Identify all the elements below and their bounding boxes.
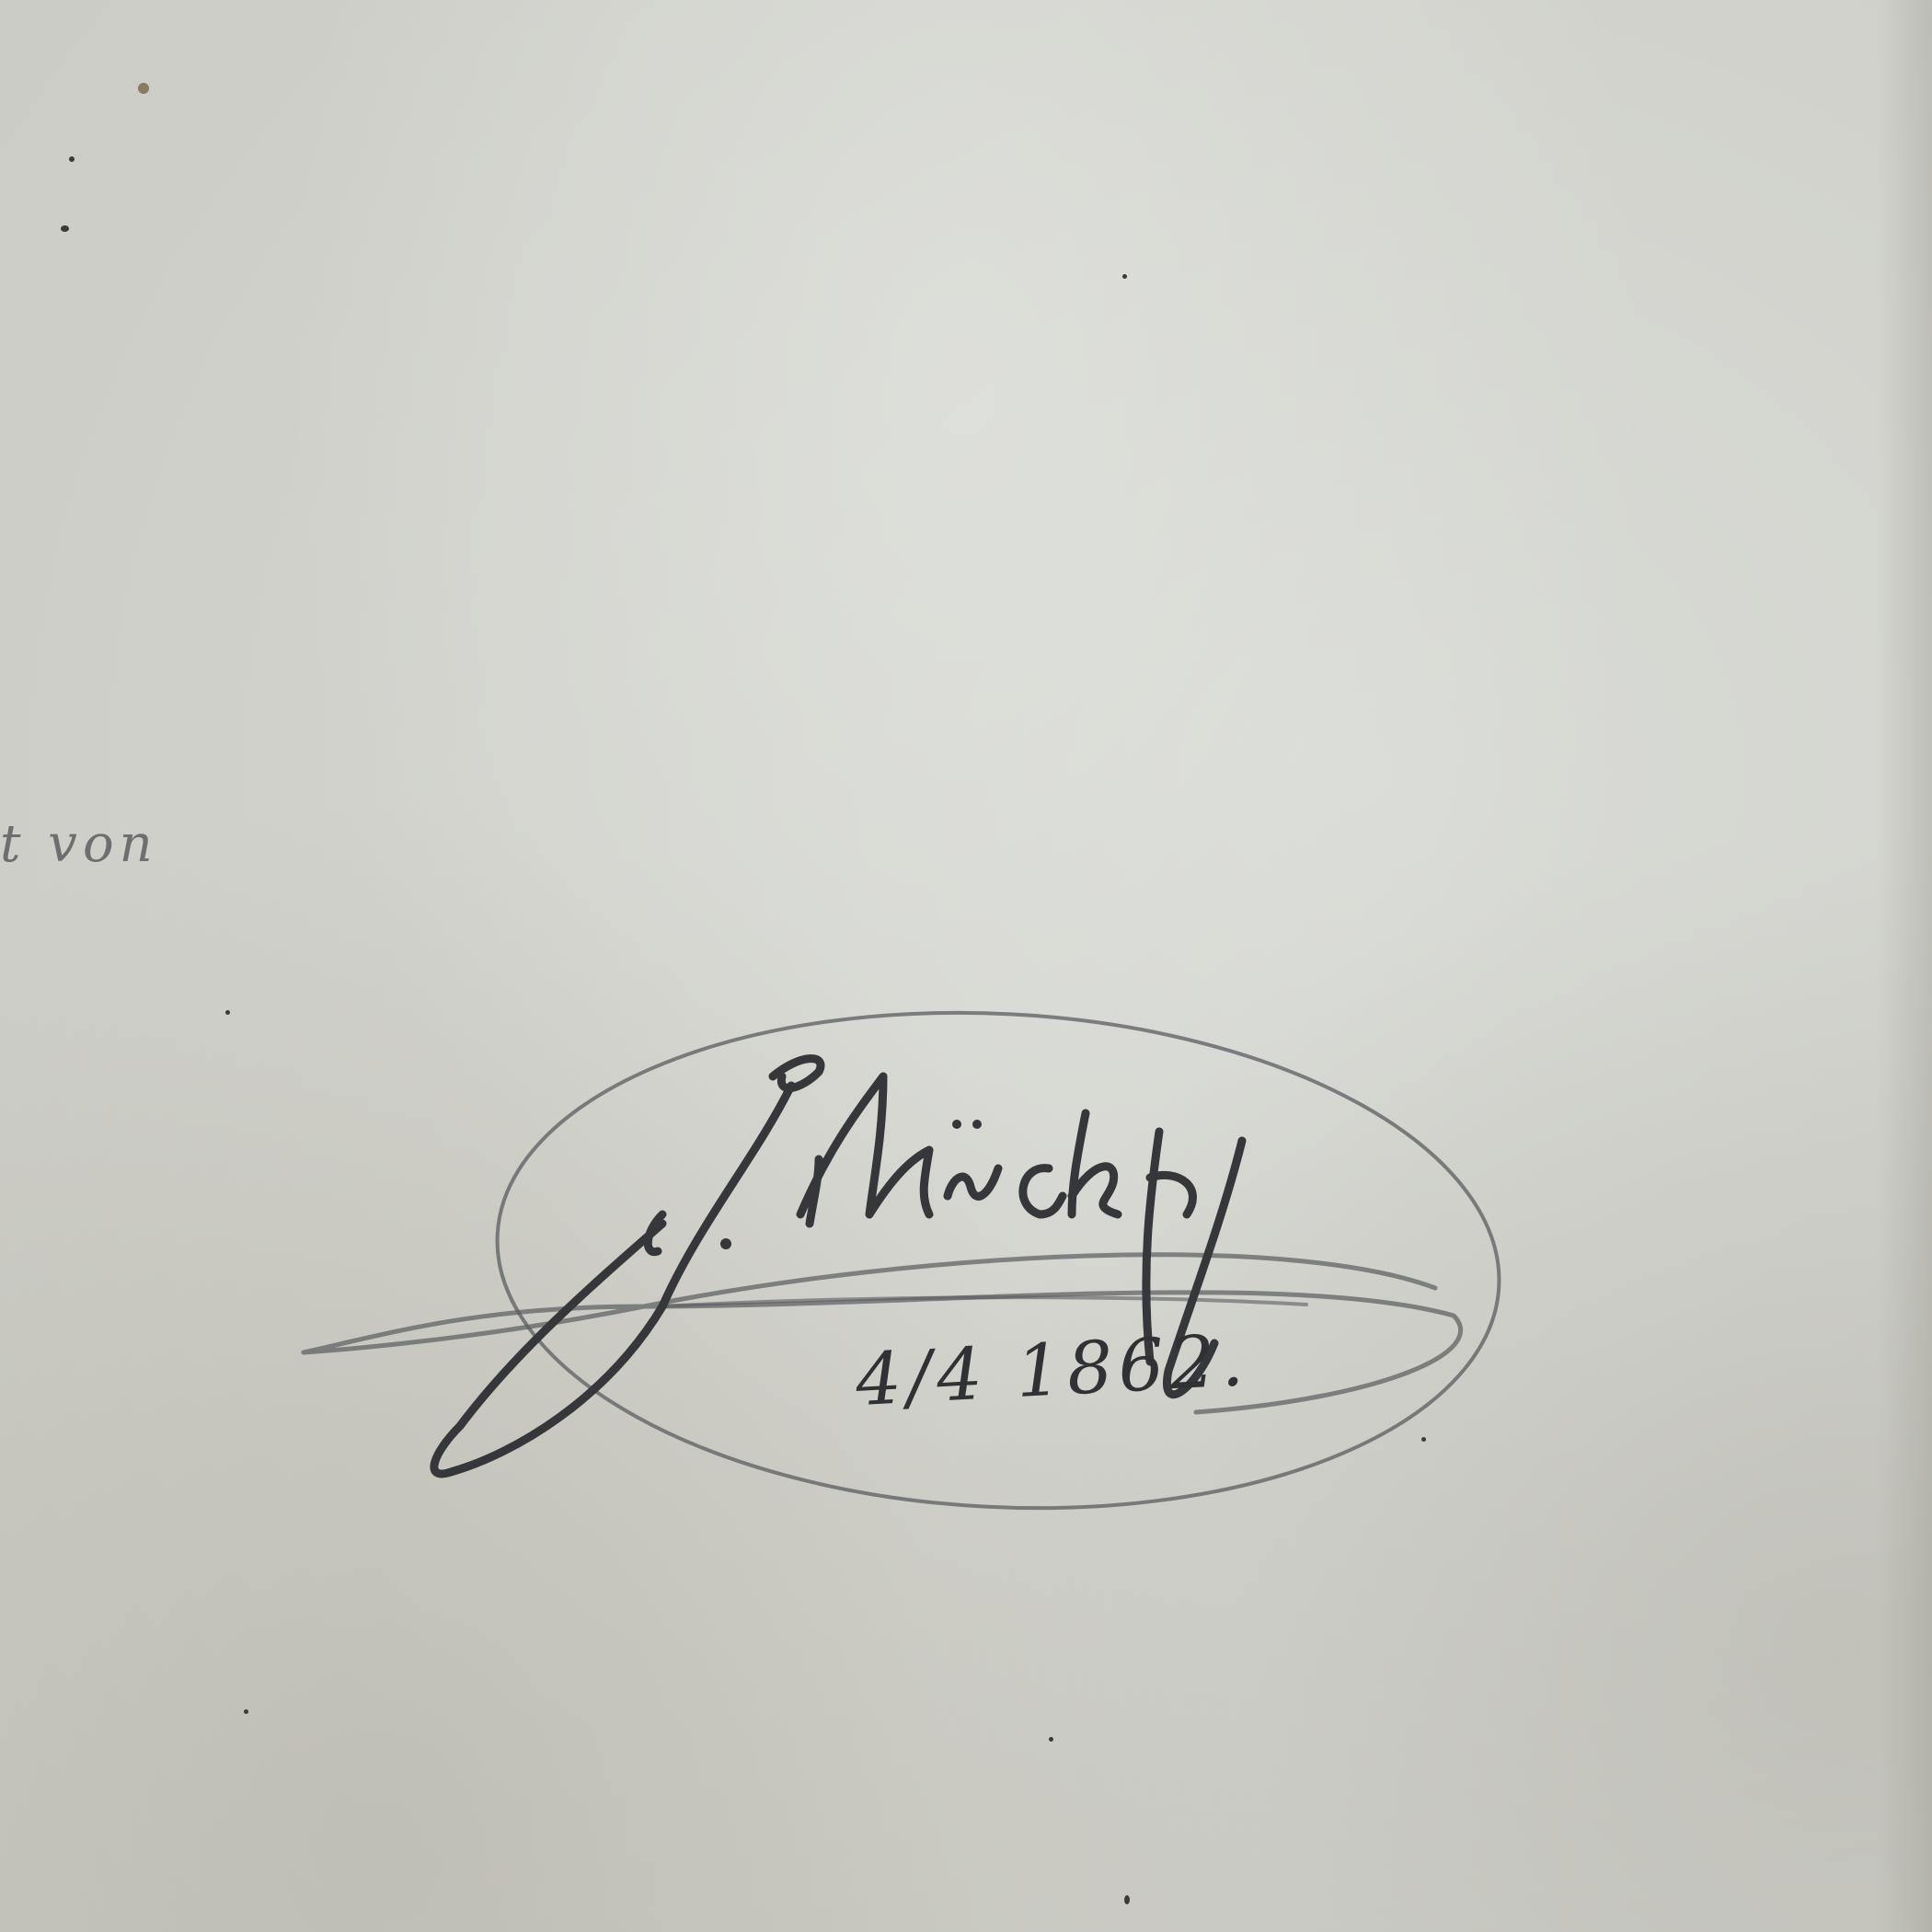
- signature-flourish: [0, 0, 1932, 1932]
